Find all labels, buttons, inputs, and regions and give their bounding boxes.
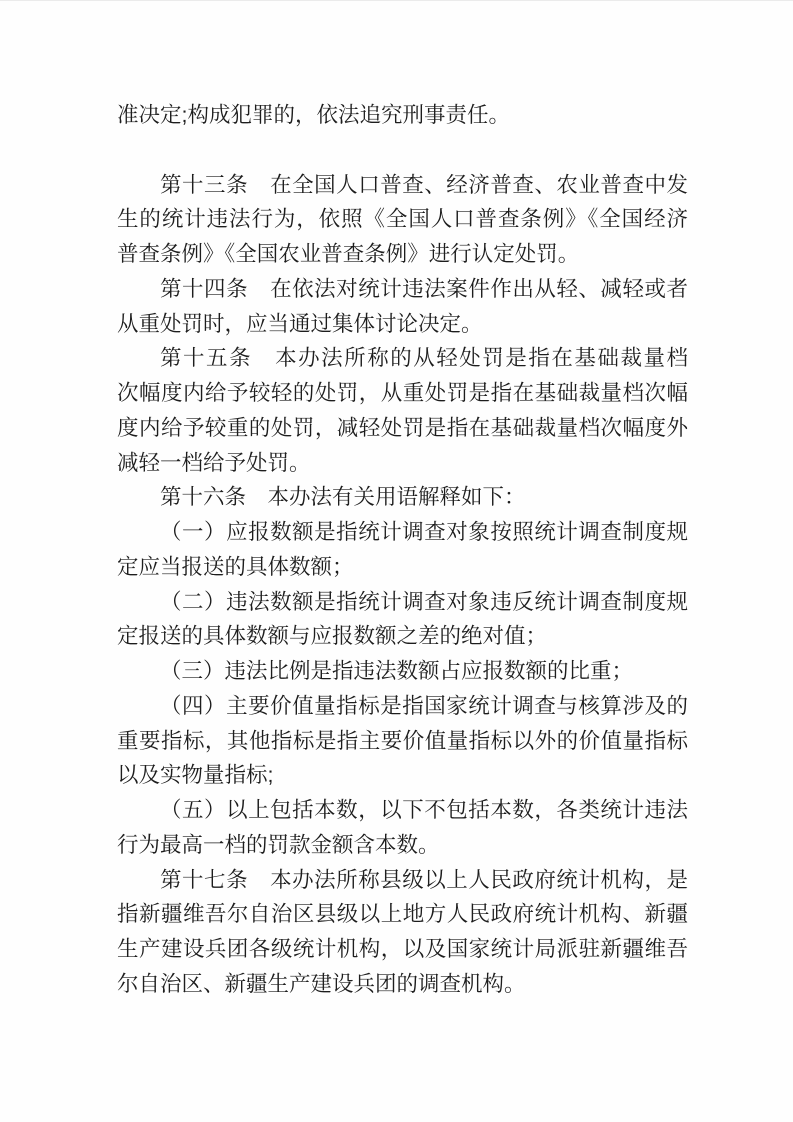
- paragraph: 准决定;构成犯罪的，依法追究刑事责任。: [117, 98, 688, 133]
- paragraph: （一）应报数额是指统计调查对象按照统计调查制度规 定应当报送的具体数额；: [117, 515, 688, 585]
- text-line: 普查条例》《全国农业普查条例》进行认定处罚。: [117, 237, 688, 272]
- paragraph: （五）以上包括本数，以下不包括本数，各类统计违法 行为最高一档的罚款金额含本数。: [117, 793, 688, 863]
- text-line: 尔自治区、新疆生产建设兵团的调查机构。: [117, 967, 688, 1002]
- blank-line: [117, 133, 688, 168]
- text-line: 减轻一档给予处罚。: [117, 446, 688, 481]
- text-line: 重要指标，其他指标是指主要价值量指标以外的价值量指标: [117, 724, 688, 759]
- scan-edge-artifact: [0, 0, 793, 1]
- document-text: 准决定;构成犯罪的，依法追究刑事责任。 第十三条 在全国人口普查、经济普查、农业…: [117, 98, 688, 1002]
- text-line: 生的统计违法行为，依照《全国人口普查条例》《全国经济: [117, 202, 688, 237]
- text-line: （五）以上包括本数，以下不包括本数，各类统计违法: [117, 793, 688, 828]
- text-line: 从重处罚时，应当通过集体讨论决定。: [117, 307, 688, 342]
- text-line: 定报送的具体数额与应报数额之差的绝对值；: [117, 619, 688, 654]
- text-line: 准决定;构成犯罪的，依法追究刑事责任。: [117, 98, 688, 133]
- text-line: 次幅度内给予较轻的处罚，从重处罚是指在基础裁量档次幅: [117, 376, 688, 411]
- paragraph: 第十四条 在依法对统计违法案件作出从轻、减轻或者 从重处罚时，应当通过集体讨论决…: [117, 272, 688, 342]
- text-line: （二）违法数额是指统计调查对象违反统计调查制度规: [117, 585, 688, 620]
- text-line: （三）违法比例是指违法数额占应报数额的比重；: [117, 654, 688, 689]
- text-line: 第十七条 本办法所称县级以上人民政府统计机构，是: [117, 863, 688, 898]
- text-line: 第十六条 本办法有关用语解释如下：: [117, 480, 688, 515]
- text-line: 定应当报送的具体数额；: [117, 550, 688, 585]
- paragraph: 第十五条 本办法所称的从轻处罚是指在基础裁量档 次幅度内给予较轻的处罚，从重处罚…: [117, 341, 688, 480]
- paragraph: （四）主要价值量指标是指国家统计调查与核算涉及的 重要指标，其他指标是指主要价值…: [117, 689, 688, 793]
- text-line: （一）应报数额是指统计调查对象按照统计调查制度规: [117, 515, 688, 550]
- text-line: 指新疆维吾尔自治区县级以上地方人民政府统计机构、新疆: [117, 897, 688, 932]
- text-line: 生产建设兵团各级统计机构，以及国家统计局派驻新疆维吾: [117, 932, 688, 967]
- text-line: （四）主要价值量指标是指国家统计调查与核算涉及的: [117, 689, 688, 724]
- text-line: 度内给予较重的处罚，减轻处罚是指在基础裁量档次幅度外: [117, 411, 688, 446]
- text-line: 第十四条 在依法对统计违法案件作出从轻、减轻或者: [117, 272, 688, 307]
- text-line: 以及实物量指标;: [117, 758, 688, 793]
- text-line: 第十五条 本办法所称的从轻处罚是指在基础裁量档: [117, 341, 688, 376]
- paragraph: （三）违法比例是指违法数额占应报数额的比重；: [117, 654, 688, 689]
- paragraph: 第十三条 在全国人口普查、经济普查、农业普查中发 生的统计违法行为，依照《全国人…: [117, 168, 688, 272]
- paragraph: （二）违法数额是指统计调查对象违反统计调查制度规 定报送的具体数额与应报数额之差…: [117, 585, 688, 655]
- text-line: 行为最高一档的罚款金额含本数。: [117, 828, 688, 863]
- text-line: 第十三条 在全国人口普查、经济普查、农业普查中发: [117, 168, 688, 203]
- paragraph: 第十七条 本办法所称县级以上人民政府统计机构，是 指新疆维吾尔自治区县级以上地方…: [117, 863, 688, 1002]
- document-page: 准决定;构成犯罪的，依法追究刑事责任。 第十三条 在全国人口普查、经济普查、农业…: [0, 0, 793, 1122]
- paragraph: 第十六条 本办法有关用语解释如下：: [117, 480, 688, 515]
